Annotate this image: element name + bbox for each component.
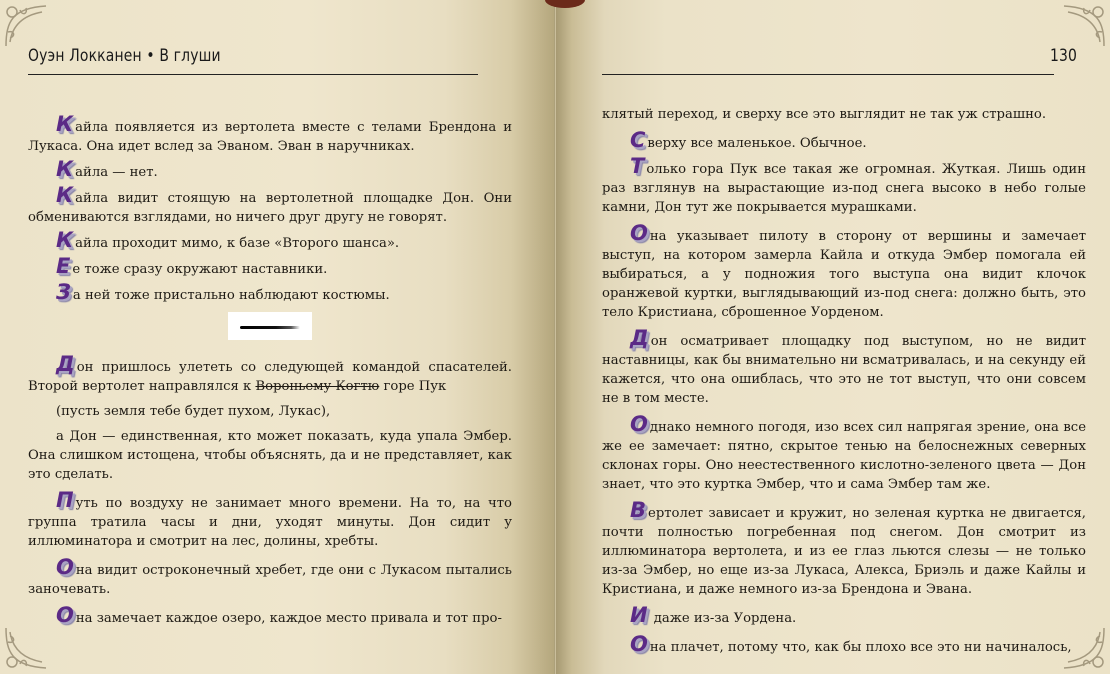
left-page-text: Кайла появляется из вертолета вместе с т… (28, 118, 512, 638)
book-spine (554, 0, 556, 674)
paragraph: Кайла проходит мимо, к базе «Второго шан… (28, 234, 512, 253)
drop-cap: О (630, 412, 648, 436)
paragraph: Однако немного погодя, изо всех сил напр… (602, 418, 1086, 494)
paragraph: Дон пришлось улететь со следующей команд… (28, 358, 512, 396)
page-number: 130 (1050, 46, 1077, 66)
drop-cap: О (56, 555, 74, 579)
drop-cap: О (56, 603, 74, 627)
paragraph: За ней тоже пристально наблюдают костюмы… (28, 286, 512, 305)
paragraph: Дон осматривает площадку под выступом, н… (602, 332, 1086, 408)
drop-cap: П (56, 488, 74, 512)
header-rule (602, 74, 1054, 75)
drop-cap: Д (56, 352, 75, 376)
drop-cap: О (630, 221, 648, 245)
left-page: Оуэн Локканен • В глуши Кайла появляется… (0, 0, 555, 674)
corner-ornament-icon (2, 2, 50, 50)
paragraph: Путь по воздуху не занимает много времен… (28, 494, 512, 551)
paragraph: Она плачет, потому что, как бы плохо все… (602, 638, 1086, 657)
drop-cap: З (56, 280, 71, 304)
drop-cap: С (630, 128, 645, 152)
paragraph: Она видит остроконечный хребет, где они … (28, 561, 512, 599)
paragraph: Кайла видит стоящую на вертолетной площа… (28, 189, 512, 227)
running-head-author-title: Оуэн Локканен • В глуши (28, 46, 221, 66)
drop-cap: К (56, 112, 73, 136)
paragraph: Она замечает каждое озеро, каждое место … (28, 609, 512, 628)
drop-cap: К (56, 183, 73, 207)
drop-cap: И (630, 603, 648, 627)
paragraph: (пусть земля тебе будет пухом, Лукас), (28, 402, 512, 421)
drop-cap: О (630, 632, 648, 656)
drop-cap: Е (56, 254, 70, 278)
drop-cap: К (56, 228, 73, 252)
paragraph: И даже из-за Уордена. (602, 609, 1086, 628)
corner-ornament-icon (1060, 2, 1108, 50)
paragraph: Кайла — нет. (28, 163, 512, 182)
paragraph: Ее тоже сразу окружают наставники. (28, 260, 512, 279)
paragraph: Кайла появляется из вертолета вместе с т… (28, 118, 512, 156)
section-separator (228, 312, 312, 340)
paragraph: Вертолет зависает и кружит, но зеленая к… (602, 504, 1086, 599)
drop-cap: В (630, 498, 646, 522)
right-page-text: клятый переход, и сверху все это выгляди… (602, 105, 1086, 667)
paragraph: Она указывает пилоту в сторону от вершин… (602, 227, 1086, 322)
header-rule (28, 74, 478, 75)
drop-cap: К (56, 157, 73, 181)
paragraph: а Дон — единственная, кто может показать… (28, 427, 512, 484)
paragraph: Только гора Пук все такая же огромная. Ж… (602, 160, 1086, 217)
drop-cap: Т (630, 154, 644, 178)
paragraph: Сверху все маленькое. Обычное. (602, 134, 1086, 153)
drop-cap: Д (630, 326, 649, 350)
paragraph: клятый переход, и сверху все это выгляди… (602, 105, 1086, 124)
struck-text: Вороньему Когтю (255, 379, 379, 394)
